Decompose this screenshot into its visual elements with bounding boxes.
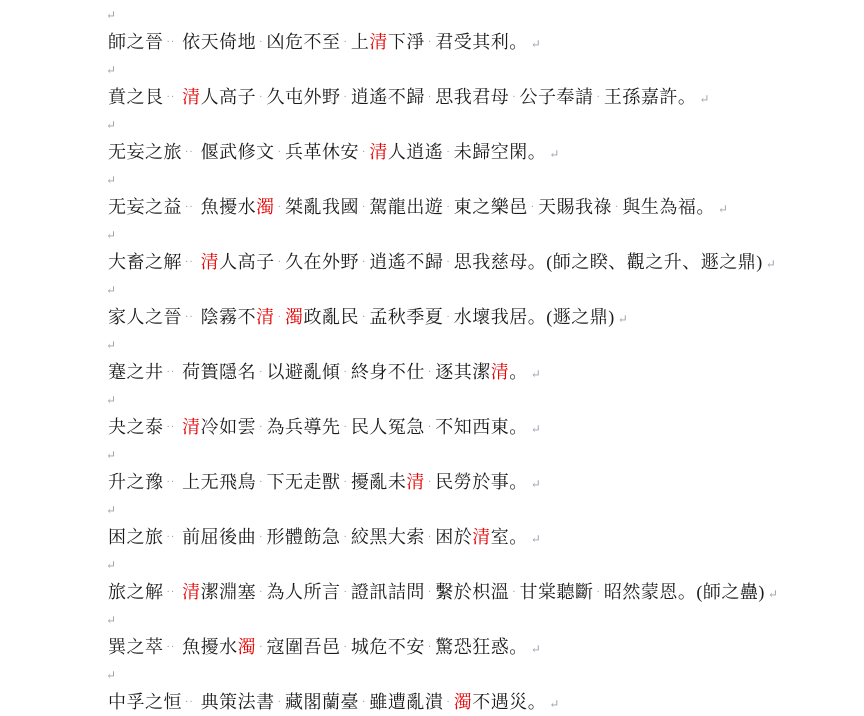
paragraph-return-icon: ↵ — [106, 558, 116, 572]
paragraph-return-icon: ↵ — [528, 37, 541, 51]
text-run: 中孚之恒 — [108, 692, 182, 712]
text-run: 人逍遙 — [388, 142, 444, 162]
text-run: 上 — [351, 32, 370, 52]
paragraph-return-icon: ↵ — [106, 668, 116, 682]
space-mark-icon: · — [341, 92, 351, 103]
text-run: 駕龍出遊 — [369, 197, 443, 217]
space-mark-icon: · — [341, 587, 351, 598]
text-run: 魚擾水 — [182, 637, 238, 657]
highlight-run: 清 — [369, 32, 388, 52]
text-line: 升之豫··上无飛鳥·下无走獸·擾亂未清·民勞於事。↵ — [108, 469, 864, 497]
text-run: 下淨 — [388, 32, 425, 52]
text-run: 驚恐狂惑。 — [435, 637, 528, 657]
empty-paragraph: ↵ — [108, 331, 864, 359]
space-mark-icon: · — [425, 92, 435, 103]
space-mark-icon: · — [359, 257, 369, 268]
paragraph-return-icon: ↵ — [546, 147, 559, 161]
space-mark-icon: · — [256, 92, 266, 103]
text-run: 偃武修文 — [201, 142, 275, 162]
text-run: 潔淵塞 — [201, 582, 257, 602]
space-mark-icon: · — [359, 312, 369, 323]
paragraph-return-icon: ↵ — [106, 393, 116, 407]
space-mark-icon: · — [275, 147, 285, 158]
paragraph-return-icon: ↵ — [765, 587, 778, 601]
space-mark-icon: · — [256, 642, 266, 653]
paragraph-return-icon: ↵ — [696, 92, 709, 106]
space-mark-icon: · — [341, 422, 351, 433]
text-run: 无妄之益 — [108, 197, 182, 217]
text-run: 前屈後曲 — [182, 527, 256, 547]
space-mark-icon: · — [443, 312, 453, 323]
text-run: 魚擾水 — [201, 197, 257, 217]
space-mark-icon: · — [425, 532, 435, 543]
text-line: 蹇之井··荷簣隱名·以避亂傾·終身不仕·逐其潔清。↵ — [108, 359, 864, 387]
text-run: 繫於枳溫 — [435, 582, 509, 602]
empty-paragraph: ↵ — [108, 221, 864, 249]
empty-paragraph: ↵ — [108, 111, 864, 139]
double-space-mark-icon: ·· — [182, 312, 201, 323]
text-run: 寇圍吾邑 — [267, 637, 341, 657]
text-run: 人高子 — [219, 252, 275, 272]
space-mark-icon: · — [425, 477, 435, 488]
text-run: 久在外野 — [285, 252, 359, 272]
text-run: 困之旅 — [108, 527, 164, 547]
text-run: 絞黑大索 — [351, 527, 425, 547]
paragraph-return-icon: ↵ — [106, 283, 116, 297]
space-mark-icon: · — [341, 367, 351, 378]
text-run: 君受其利。 — [435, 32, 528, 52]
text-run: 以避亂傾 — [267, 362, 341, 382]
paragraph-return-icon: ↵ — [528, 477, 541, 491]
paragraph-return-icon: ↵ — [528, 422, 541, 436]
space-mark-icon: · — [594, 92, 604, 103]
space-mark-icon: · — [594, 587, 604, 598]
double-space-mark-icon: ·· — [182, 257, 201, 268]
text-run: 室。 — [491, 527, 528, 547]
space-mark-icon: · — [275, 257, 285, 268]
empty-paragraph: ↵ — [108, 441, 864, 469]
highlight-run: 清 — [406, 472, 425, 492]
space-mark-icon: · — [443, 697, 453, 708]
text-run: 思我慈母。(師之睽、觀之升、遯之鼎) — [454, 252, 763, 272]
text-run: 桀亂我國 — [285, 197, 359, 217]
space-mark-icon: · — [256, 367, 266, 378]
empty-paragraph: ↵ — [108, 606, 864, 634]
double-space-mark-icon: ·· — [164, 587, 183, 598]
text-run: 天賜我祿 — [538, 197, 612, 217]
paragraph-return-icon: ↵ — [106, 63, 116, 77]
text-run: 為人所言 — [267, 582, 341, 602]
text-line: 夬之泰··清冷如雲·為兵導先·民人冤急·不知西東。↵ — [108, 414, 864, 442]
text-run: 上无飛鳥 — [182, 472, 256, 492]
highlight-run: 清 — [201, 252, 220, 272]
space-mark-icon: · — [509, 587, 519, 598]
space-mark-icon: · — [425, 37, 435, 48]
paragraph-return-icon: ↵ — [106, 448, 116, 462]
text-run: 荷簣隱名 — [182, 362, 256, 382]
text-run: 形體飭急 — [267, 527, 341, 547]
text-line: 中孚之恒··典策法書·藏閣蘭臺·雖遭亂潰·濁不遇災。↵ — [108, 689, 864, 716]
paragraph-return-icon: ↵ — [106, 173, 116, 187]
highlight-run: 清 — [491, 362, 510, 382]
text-run: 孟秋季夏 — [369, 307, 443, 327]
space-mark-icon: · — [359, 202, 369, 213]
space-mark-icon: · — [256, 532, 266, 543]
highlight-run: 濁 — [285, 307, 304, 327]
text-run: 政亂民 — [304, 307, 360, 327]
text-run: 夬之泰 — [108, 417, 164, 437]
text-run: 巽之萃 — [108, 637, 164, 657]
double-space-mark-icon: ·· — [164, 422, 183, 433]
space-mark-icon: · — [256, 587, 266, 598]
space-mark-icon: · — [359, 147, 369, 158]
text-run: 无妄之旅 — [108, 142, 182, 162]
paragraph-return-icon: ↵ — [106, 503, 116, 517]
text-line: 困之旅··前屈後曲·形體飭急·絞黑大索·困於清室。↵ — [108, 524, 864, 552]
text-run: 逍遙不歸 — [369, 252, 443, 272]
space-mark-icon: · — [425, 642, 435, 653]
text-run: 蹇之井 — [108, 362, 164, 382]
text-run: 升之豫 — [108, 472, 164, 492]
double-space-mark-icon: ·· — [164, 532, 183, 543]
space-mark-icon: · — [425, 587, 435, 598]
text-line: 无妄之益··魚擾水濁·桀亂我國·駕龍出遊·東之樂邑·天賜我祿·與生為福。↵ — [108, 194, 864, 222]
text-run: 大畜之解 — [108, 252, 182, 272]
paragraph-return-icon: ↵ — [715, 202, 728, 216]
empty-paragraph: ↵ — [108, 496, 864, 524]
text-run: 下无走獸 — [267, 472, 341, 492]
text-run: 與生為福。 — [622, 197, 715, 217]
highlight-run: 濁 — [256, 197, 275, 217]
space-mark-icon: · — [443, 257, 453, 268]
space-mark-icon: · — [612, 202, 622, 213]
text-run: 。 — [509, 362, 528, 382]
double-space-mark-icon: ·· — [164, 37, 183, 48]
text-run: 終身不仕 — [351, 362, 425, 382]
space-mark-icon: · — [359, 697, 369, 708]
text-run: 雖遭亂潰 — [369, 692, 443, 712]
text-run: 兵革休安 — [285, 142, 359, 162]
paragraph-return-icon: ↵ — [528, 642, 541, 656]
double-space-mark-icon: ·· — [164, 367, 183, 378]
paragraph-return-icon: ↵ — [106, 338, 116, 352]
highlight-run: 濁 — [238, 637, 257, 657]
text-run: 藏閣蘭臺 — [285, 692, 359, 712]
highlight-run: 清 — [256, 307, 275, 327]
paragraph-return-icon: ↵ — [546, 697, 559, 711]
text-run: 依天倚地 — [182, 32, 256, 52]
space-mark-icon: · — [256, 422, 266, 433]
space-mark-icon: · — [275, 312, 285, 323]
text-run: 不遇災。 — [472, 692, 546, 712]
text-run: 凶危不至 — [267, 32, 341, 52]
space-mark-icon: · — [341, 532, 351, 543]
text-run: 陰霧不 — [201, 307, 257, 327]
text-run: 甘棠聽斷 — [520, 582, 594, 602]
space-mark-icon: · — [256, 477, 266, 488]
space-mark-icon: · — [425, 367, 435, 378]
empty-paragraph: ↵ — [108, 386, 864, 414]
text-run: 為兵導先 — [267, 417, 341, 437]
empty-paragraph: ↵ — [108, 1, 864, 29]
double-space-mark-icon: ·· — [182, 697, 201, 708]
text-line: 无妄之旅··偃武修文·兵革休安·清人逍遙·未歸空閑。↵ — [108, 139, 864, 167]
space-mark-icon: · — [341, 37, 351, 48]
highlight-run: 清 — [182, 582, 201, 602]
text-run: 久屯外野 — [267, 87, 341, 107]
space-mark-icon: · — [528, 202, 538, 213]
text-run: 民勞於事。 — [435, 472, 528, 492]
space-mark-icon: · — [341, 477, 351, 488]
space-mark-icon: · — [509, 92, 519, 103]
text-run: 困於 — [435, 527, 472, 547]
paragraph-return-icon: ↵ — [106, 228, 116, 242]
paragraph-return-icon: ↵ — [106, 8, 116, 22]
text-run: 家人之晉 — [108, 307, 182, 327]
empty-paragraph: ↵ — [108, 56, 864, 84]
text-run: 逍遙不歸 — [351, 87, 425, 107]
highlight-run: 清 — [472, 527, 491, 547]
text-line: 師之晉··依天倚地·凶危不至·上清下淨·君受其利。↵ — [108, 29, 864, 57]
empty-paragraph: ↵ — [108, 551, 864, 579]
text-run: 冷如雲 — [201, 417, 257, 437]
text-line: 賁之艮··清人高子·久屯外野·逍遙不歸·思我君母·公子奉請·王孫嘉許。↵ — [108, 84, 864, 112]
text-run: 旅之解 — [108, 582, 164, 602]
paragraph-return-icon: ↵ — [106, 118, 116, 132]
space-mark-icon: · — [256, 37, 266, 48]
highlight-run: 濁 — [454, 692, 473, 712]
paragraph-return-icon: ↵ — [763, 257, 776, 271]
space-mark-icon: · — [425, 422, 435, 433]
paragraph-return-icon: ↵ — [528, 367, 541, 381]
text-line: 巽之萃··魚擾水濁·寇圍吾邑·城危不安·驚恐狂惑。↵ — [108, 634, 864, 662]
text-run: 公子奉請 — [520, 87, 594, 107]
space-mark-icon: · — [275, 202, 285, 213]
text-run: 東之樂邑 — [454, 197, 528, 217]
text-run: 不知西東。 — [435, 417, 528, 437]
text-line: 家人之晉··陰霧不清·濁政亂民·孟秋季夏·水壞我居。(遯之鼎)↵ — [108, 304, 864, 332]
highlight-run: 清 — [182, 417, 201, 437]
text-run: 民人冤急 — [351, 417, 425, 437]
empty-paragraph: ↵ — [108, 166, 864, 194]
text-run: 城危不安 — [351, 637, 425, 657]
text-line: 大畜之解··清人高子·久在外野·逍遙不歸·思我慈母。(師之睽、觀之升、遯之鼎)↵ — [108, 249, 864, 277]
text-run: 擾亂未 — [351, 472, 407, 492]
text-run: 賁之艮 — [108, 87, 164, 107]
text-run: 王孫嘉許。 — [604, 87, 697, 107]
highlight-run: 清 — [182, 87, 201, 107]
space-mark-icon: · — [275, 697, 285, 708]
text-run: 未歸空閑。 — [454, 142, 547, 162]
double-space-mark-icon: ·· — [164, 477, 183, 488]
paragraph-return-icon: ↵ — [528, 532, 541, 546]
text-run: 人高子 — [201, 87, 257, 107]
text-run: 思我君母 — [435, 87, 509, 107]
double-space-mark-icon: ·· — [182, 202, 201, 213]
space-mark-icon: · — [443, 147, 453, 158]
text-run: 昭然蒙恩。(師之蠱) — [604, 582, 765, 602]
space-mark-icon: · — [341, 642, 351, 653]
paragraph-return-icon: ↵ — [615, 312, 628, 326]
text-run: 師之晉 — [108, 32, 164, 52]
text-run: 證訊詰問 — [351, 582, 425, 602]
text-run: 逐其潔 — [435, 362, 491, 382]
empty-paragraph: ↵ — [108, 661, 864, 689]
text-line: 旅之解··清潔淵塞·為人所言·證訊詰問·繫於枳溫·甘棠聽斷·昭然蒙恩。(師之蠱)… — [108, 579, 864, 607]
text-run: 水壞我居。(遯之鼎) — [454, 307, 615, 327]
document-body: ↵師之晉··依天倚地·凶危不至·上清下淨·君受其利。↵↵賁之艮··清人高子·久屯… — [0, 0, 864, 716]
double-space-mark-icon: ·· — [164, 642, 183, 653]
space-mark-icon: · — [443, 202, 453, 213]
highlight-run: 清 — [369, 142, 388, 162]
double-space-mark-icon: ·· — [182, 147, 201, 158]
text-run: 典策法書 — [201, 692, 275, 712]
double-space-mark-icon: ·· — [164, 92, 183, 103]
paragraph-return-icon: ↵ — [106, 613, 116, 627]
empty-paragraph: ↵ — [108, 276, 864, 304]
